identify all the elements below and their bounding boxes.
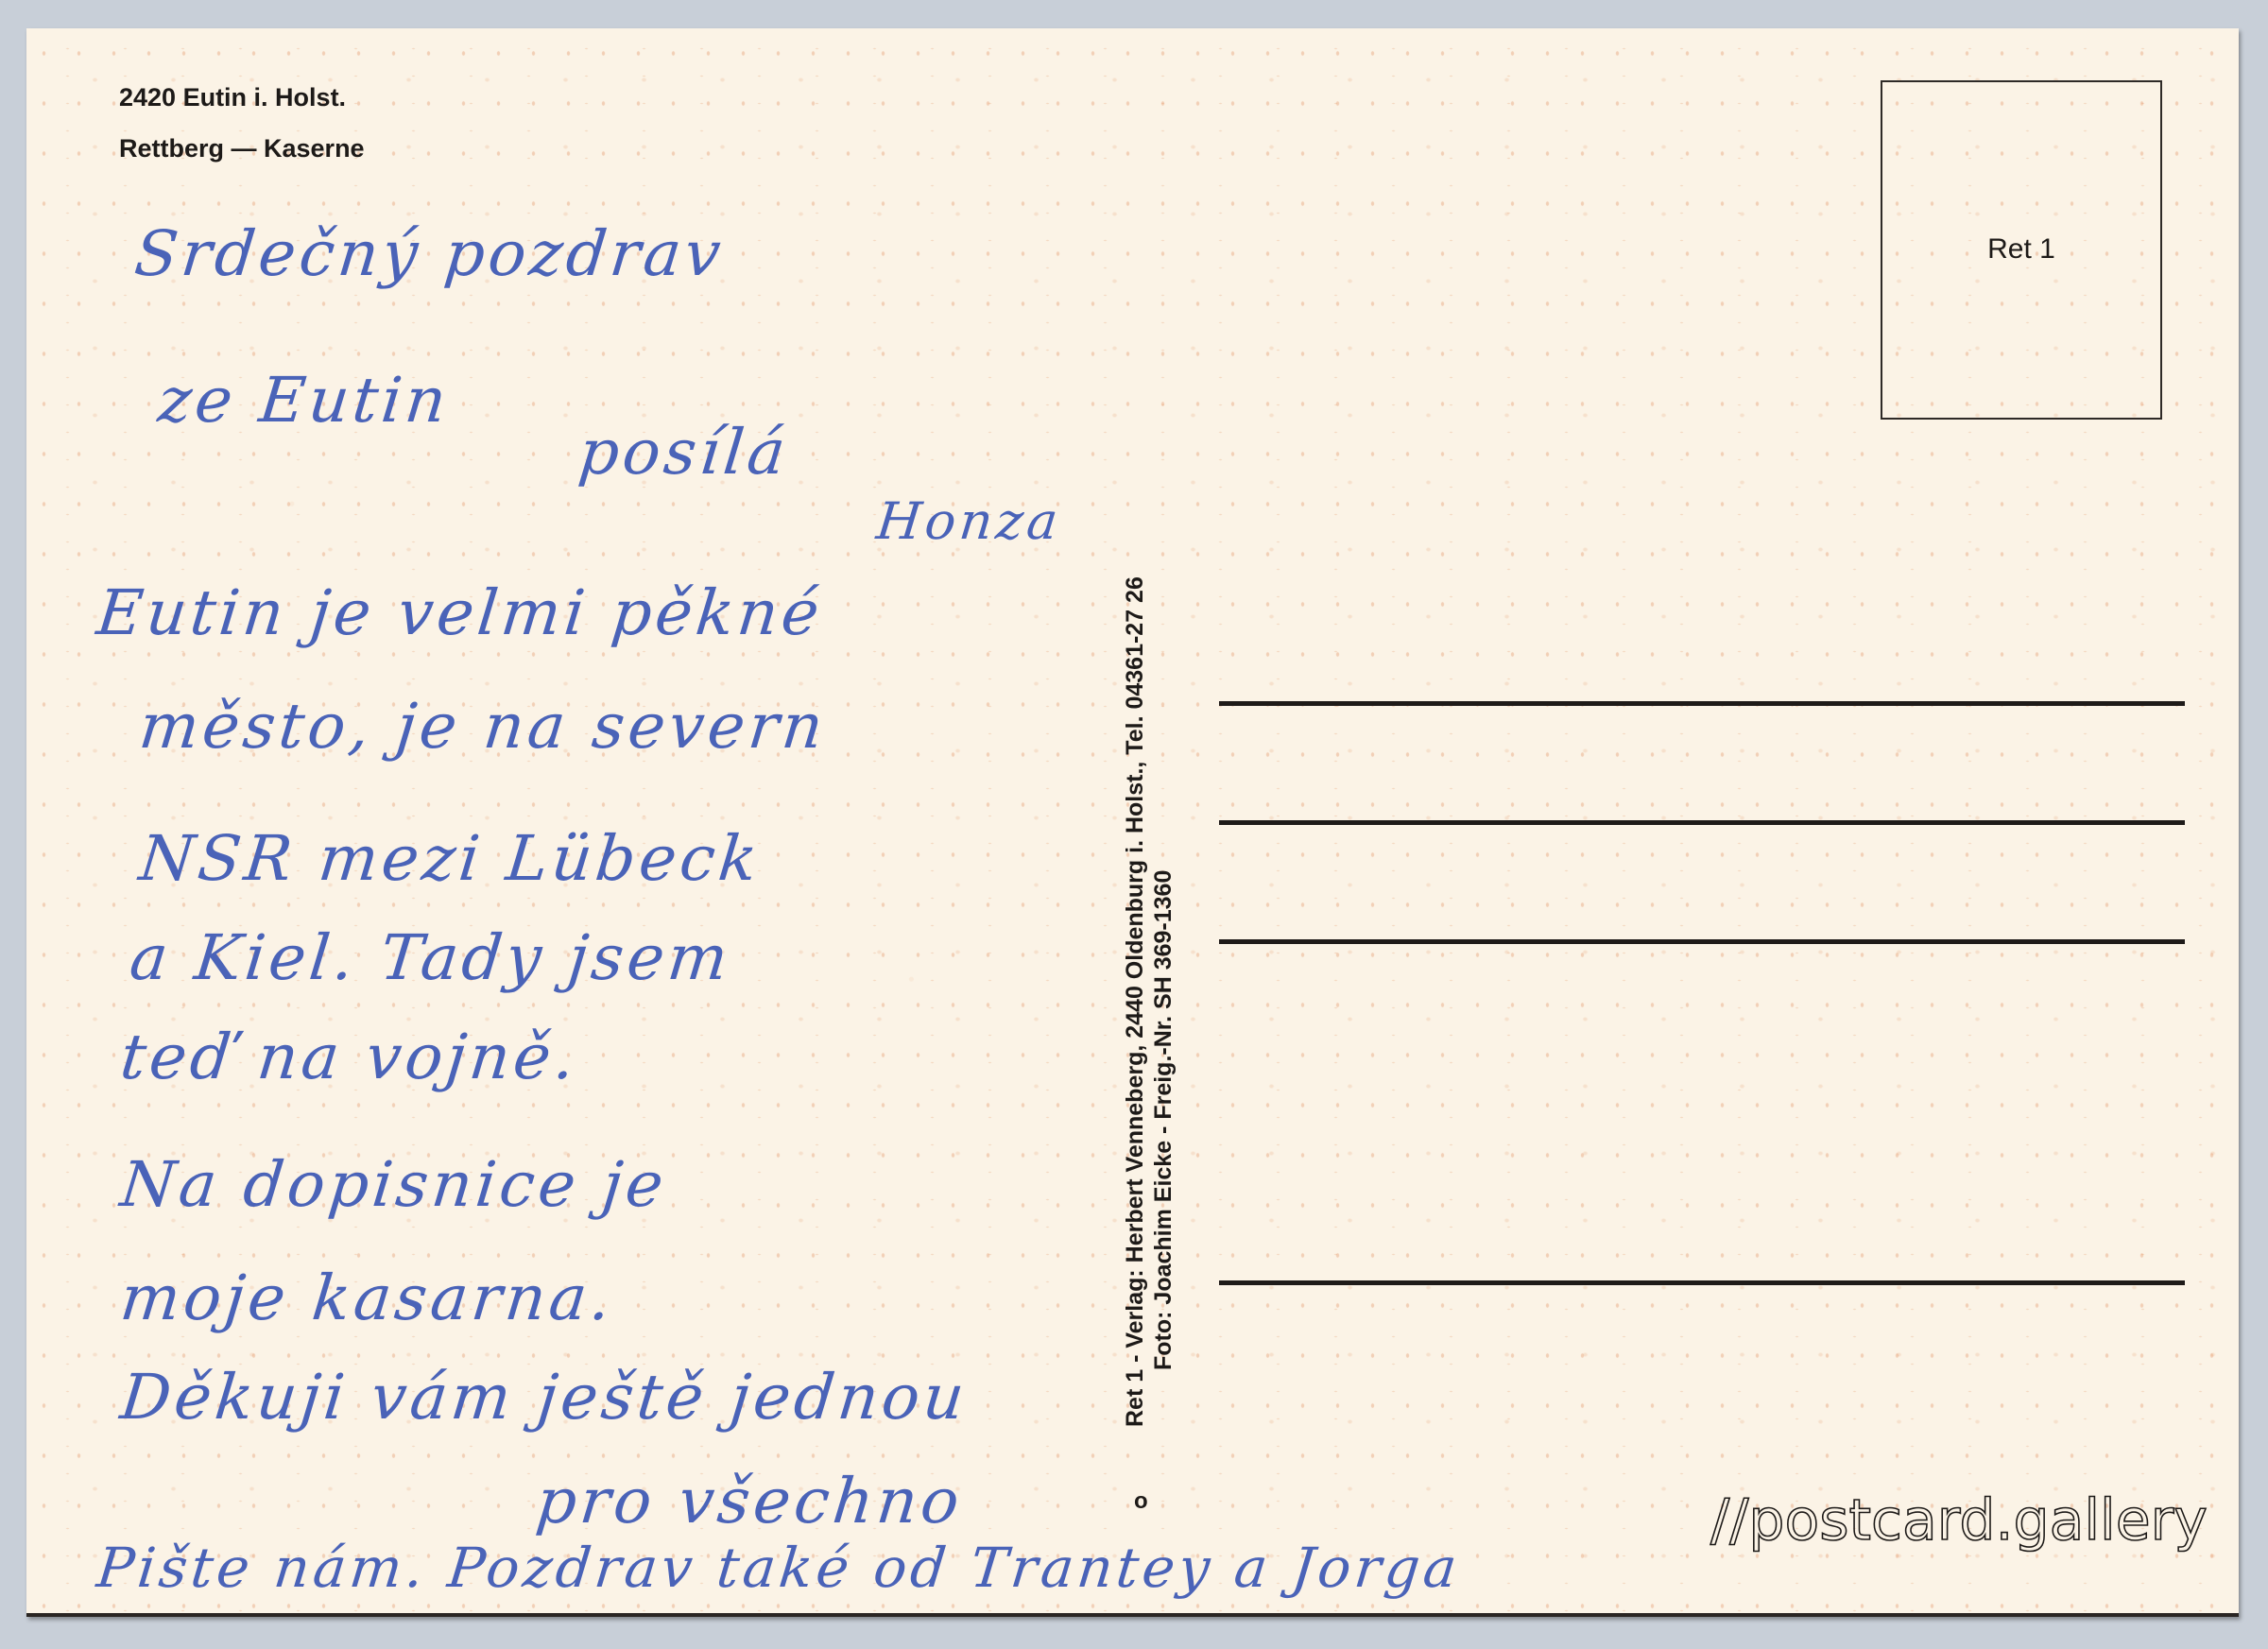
circle-mark: o <box>1134 1488 1148 1515</box>
handwritten-line: Děkuji vám ještě jednou <box>117 1361 971 1434</box>
publisher-imprint: Ret 1 - Verlag: Herbert Venneberg, 2440 … <box>1121 576 1177 1427</box>
handwritten-line: město, je na severn <box>136 690 830 763</box>
handwritten-line: NSR mezi Lübeck <box>136 822 765 895</box>
stamp-box-label: Ret 1 <box>1882 233 2160 266</box>
handwritten-line: posílá <box>576 416 793 489</box>
handwritten-line: Na dopisnice je <box>117 1148 671 1221</box>
publisher-imprint-line2: Foto: Joachim Eicke - Freig.-Nr. SH 369-… <box>1149 576 1177 1427</box>
handwritten-line: Pište nám. Pozdrav také od Trantey a Jor… <box>94 1536 1463 1600</box>
handwritten-line: Srdečný pozdrav <box>131 217 728 290</box>
watermark: //postcard.gallery <box>1710 1487 2208 1554</box>
address-line-3 <box>1219 939 2185 944</box>
publisher-imprint-line1: Ret 1 - Verlag: Herbert Venneberg, 2440 … <box>1121 576 1149 1427</box>
handwritten-line: a Kiel. Tady jsem <box>127 921 735 994</box>
handwritten-line: Honza <box>874 491 1065 551</box>
location-subtitle: Rettberg — Kaserne <box>119 134 365 163</box>
postcard-back: 2420 Eutin i. Holst. Rettberg — Kaserne … <box>26 28 2239 1617</box>
handwritten-line: ze Eutin <box>155 364 454 437</box>
handwritten-line: moje kasarna. <box>117 1262 618 1334</box>
address-line-1 <box>1219 701 2185 706</box>
handwritten-line: Eutin je velmi pěkné <box>94 576 826 649</box>
address-line-4 <box>1219 1280 2185 1285</box>
stamp-box: Ret 1 <box>1881 80 2162 420</box>
handwritten-line: pro všechno <box>533 1465 967 1537</box>
location-title: 2420 Eutin i. Holst. <box>119 83 346 112</box>
handwritten-line: teď na vojně. <box>117 1021 582 1093</box>
address-line-2 <box>1219 820 2185 825</box>
